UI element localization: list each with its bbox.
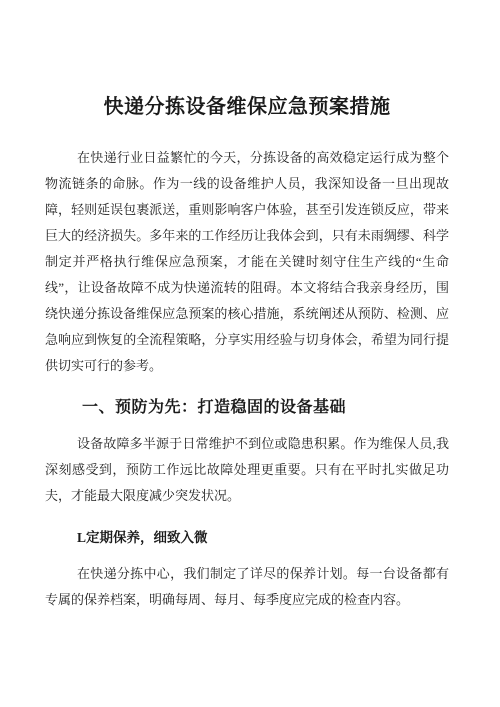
paragraph-maintenance-plan: 在快递分拣中心，我们制定了详尽的保养计划。每一台设备都有专属的保养档案，明确每周… xyxy=(45,561,449,613)
section-heading-prevention: 一、预防为先：打造稳固的设备基础 xyxy=(45,395,449,421)
document-page: 快递分拣设备维保应急预案措施 在快递行业日益繁忙的今天，分拣设备的高效稳定运行成… xyxy=(0,0,500,707)
subsection-heading-regular-maintenance: L定期保养，细致入微 xyxy=(45,525,449,551)
document-title: 快递分拣设备维保应急预案措施 xyxy=(45,93,449,121)
paragraph-prevention-overview: 设备故障多半源于日常维护不到位或隐患积累。作为维保人员,我深刻感受到，预防工作远… xyxy=(45,431,449,509)
document-content: 快递分拣设备维保应急预案措施 在快递行业日益繁忙的今天，分拣设备的高效稳定运行成… xyxy=(0,0,500,613)
paragraph-intro: 在快递行业日益繁忙的今天，分拣设备的高效稳定运行成为整个物流链条的命脉。作为一线… xyxy=(45,145,449,379)
